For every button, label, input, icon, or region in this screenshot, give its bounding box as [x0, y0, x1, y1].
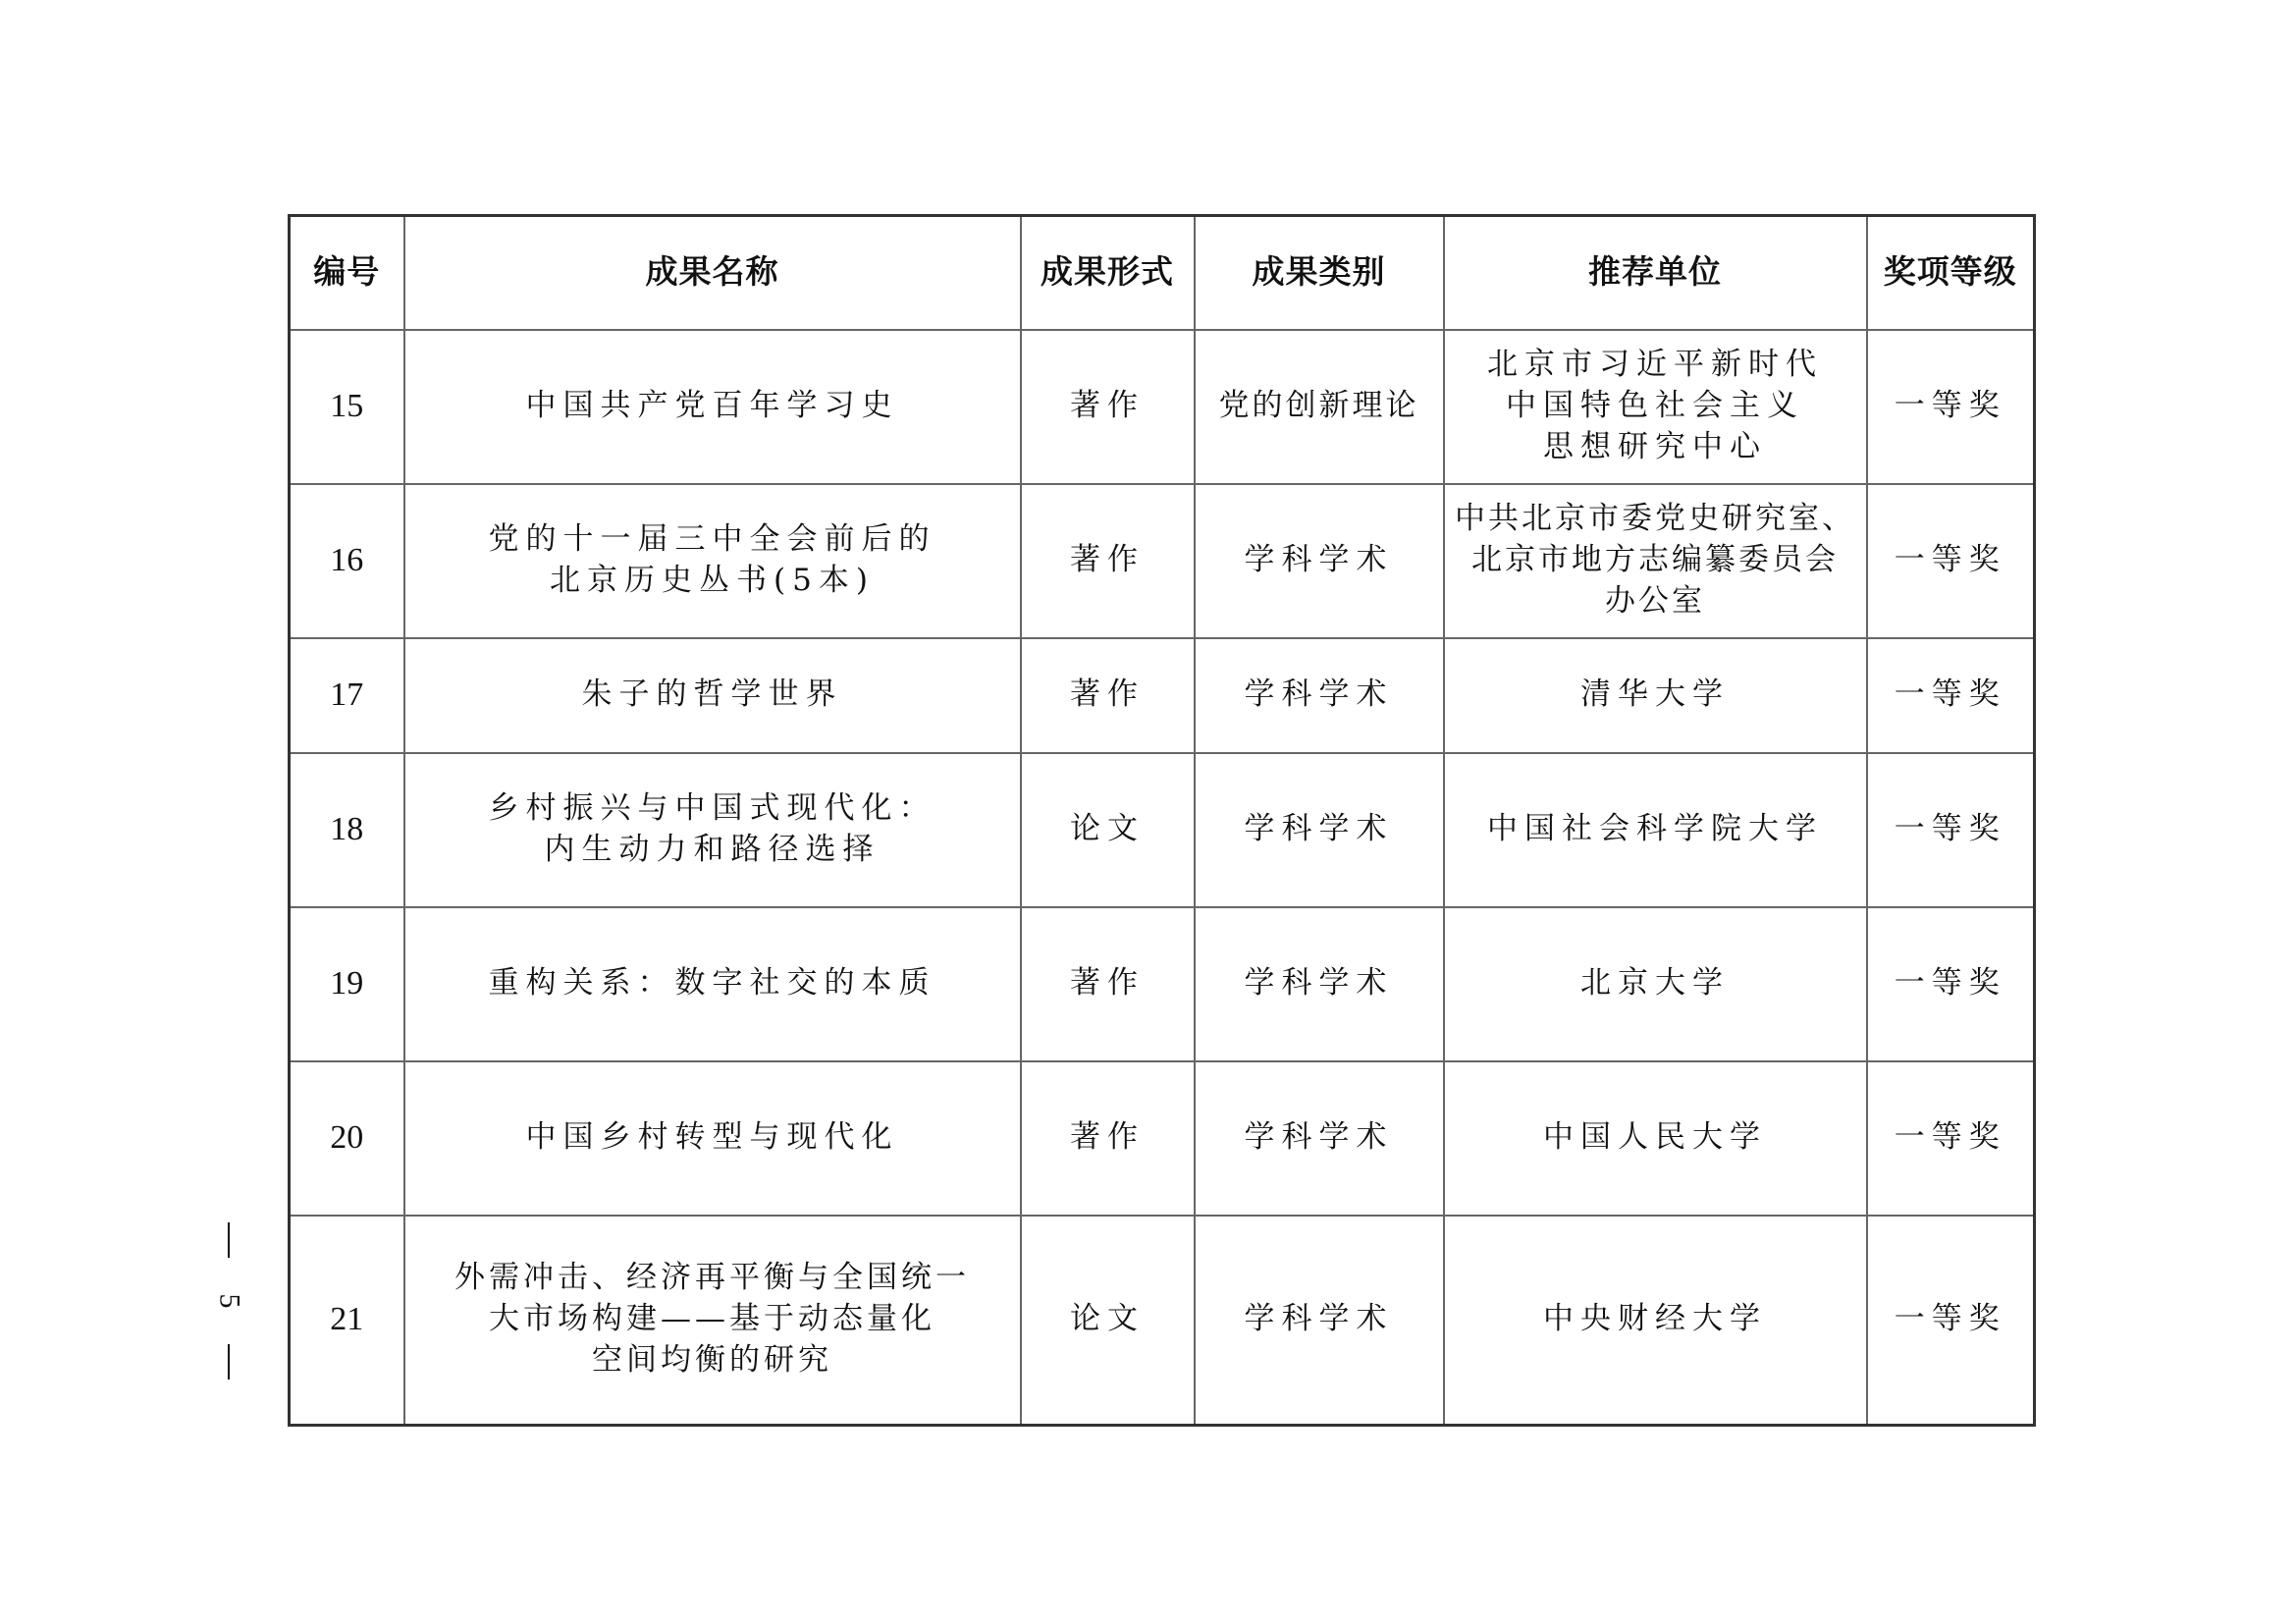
table-row: 19 重构关系：数字社交的本质 著作 学科学术 北京大学 一等奖: [290, 907, 2035, 1061]
title-line: 乡村振兴与中国式现代化：: [405, 788, 1020, 830]
title-line: 党的十一届三中全会前后的: [405, 519, 1020, 561]
row-title: 党的十一届三中全会前后的 北京历史丛书(5本): [404, 484, 1021, 638]
table-row: 21 外需冲击、经济再平衡与全国统一 大市场构建——基于动态量化 空间均衡的研究…: [290, 1216, 2035, 1426]
row-title: 中国乡村转型与现代化: [404, 1061, 1021, 1216]
header-title: 成果名称: [404, 216, 1021, 330]
row-form: 著作: [1021, 484, 1195, 638]
awards-table: 编号 成果名称 成果形式 成果类别 推荐单位 奖项等级 15 中国共产党百年学习…: [288, 214, 2036, 1427]
unit-line: 北京市地方志编纂委员会: [1445, 540, 1866, 581]
row-category: 学科学术: [1195, 907, 1444, 1061]
row-form: 论文: [1021, 1216, 1195, 1426]
row-id: 19: [290, 907, 404, 1061]
table-row: 17 朱子的哲学世界 著作 学科学术 清华大学 一等奖: [290, 638, 2035, 753]
row-id: 20: [290, 1061, 404, 1216]
unit-line: 北京市习近平新时代: [1445, 345, 1866, 386]
row-category: 学科学术: [1195, 753, 1444, 907]
row-form: 著作: [1021, 330, 1195, 484]
header-award: 奖项等级: [1867, 216, 2035, 330]
row-id: 15: [290, 330, 404, 484]
row-category: 党的创新理论: [1195, 330, 1444, 484]
unit-line: 中共北京市委党史研究室、: [1445, 499, 1866, 540]
row-category: 学科学术: [1195, 1216, 1444, 1426]
row-id: 18: [290, 753, 404, 907]
title-line: 北京历史丛书(5本): [405, 561, 1020, 602]
title-line: 内生动力和路径选择: [405, 830, 1020, 871]
page-number-dash-top: [228, 1222, 230, 1258]
row-unit: 北京大学: [1444, 907, 1867, 1061]
row-unit: 清华大学: [1444, 638, 1867, 753]
unit-line: 北京大学: [1445, 963, 1866, 1004]
row-category: 学科学术: [1195, 1061, 1444, 1216]
table-row: 15 中国共产党百年学习史 著作 党的创新理论 北京市习近平新时代 中国特色社会…: [290, 330, 2035, 484]
row-award: 一等奖: [1867, 1216, 2035, 1426]
row-title: 外需冲击、经济再平衡与全国统一 大市场构建——基于动态量化 空间均衡的研究: [404, 1216, 1021, 1426]
row-id: 16: [290, 484, 404, 638]
row-form: 著作: [1021, 638, 1195, 753]
table-row: 16 党的十一届三中全会前后的 北京历史丛书(5本) 著作 学科学术 中共北京市…: [290, 484, 2035, 638]
row-title: 乡村振兴与中国式现代化： 内生动力和路径选择: [404, 753, 1021, 907]
header-category: 成果类别: [1195, 216, 1444, 330]
unit-line: 思想研究中心: [1445, 427, 1866, 468]
row-award: 一等奖: [1867, 753, 2035, 907]
row-category: 学科学术: [1195, 638, 1444, 753]
title-line: 朱子的哲学世界: [405, 675, 1020, 716]
unit-line: 中国社会科学院大学: [1445, 809, 1866, 850]
row-unit: 中国人民大学: [1444, 1061, 1867, 1216]
row-form: 论文: [1021, 753, 1195, 907]
row-category: 学科学术: [1195, 484, 1444, 638]
row-unit: 中央财经大学: [1444, 1216, 1867, 1426]
title-line: 重构关系：数字社交的本质: [405, 963, 1020, 1004]
page-number-dash-bottom: [228, 1344, 230, 1380]
title-line: 空间均衡的研究: [405, 1340, 1020, 1381]
row-unit: 中国社会科学院大学: [1444, 753, 1867, 907]
unit-line: 中国人民大学: [1445, 1117, 1866, 1159]
row-award: 一等奖: [1867, 330, 2035, 484]
title-line: 中国共产党百年学习史: [405, 386, 1020, 427]
unit-line: 中国特色社会主义: [1445, 386, 1866, 427]
row-award: 一等奖: [1867, 638, 2035, 753]
table-row: 20 中国乡村转型与现代化 著作 学科学术 中国人民大学 一等奖: [290, 1061, 2035, 1216]
page-number-value: 5: [212, 1294, 245, 1309]
header-row: 编号 成果名称 成果形式 成果类别 推荐单位 奖项等级: [290, 216, 2035, 330]
row-award: 一等奖: [1867, 1061, 2035, 1216]
row-title: 重构关系：数字社交的本质: [404, 907, 1021, 1061]
row-award: 一等奖: [1867, 484, 2035, 638]
table-row: 18 乡村振兴与中国式现代化： 内生动力和路径选择 论文 学科学术 中国社会科学…: [290, 753, 2035, 907]
row-award: 一等奖: [1867, 907, 2035, 1061]
row-form: 著作: [1021, 1061, 1195, 1216]
row-unit: 北京市习近平新时代 中国特色社会主义 思想研究中心: [1444, 330, 1867, 484]
title-line: 中国乡村转型与现代化: [405, 1117, 1020, 1159]
title-line: 大市场构建——基于动态量化: [405, 1299, 1020, 1340]
unit-line: 中央财经大学: [1445, 1299, 1866, 1340]
page-number: 5: [214, 1222, 243, 1380]
row-unit: 中共北京市委党史研究室、 北京市地方志编纂委员会 办公室: [1444, 484, 1867, 638]
row-id: 21: [290, 1216, 404, 1426]
row-title: 中国共产党百年学习史: [404, 330, 1021, 484]
header-form: 成果形式: [1021, 216, 1195, 330]
title-line: 外需冲击、经济再平衡与全国统一: [405, 1258, 1020, 1299]
unit-line: 清华大学: [1445, 675, 1866, 716]
row-id: 17: [290, 638, 404, 753]
header-id: 编号: [290, 216, 404, 330]
unit-line: 办公室: [1445, 581, 1866, 623]
row-title: 朱子的哲学世界: [404, 638, 1021, 753]
header-unit: 推荐单位: [1444, 216, 1867, 330]
row-form: 著作: [1021, 907, 1195, 1061]
